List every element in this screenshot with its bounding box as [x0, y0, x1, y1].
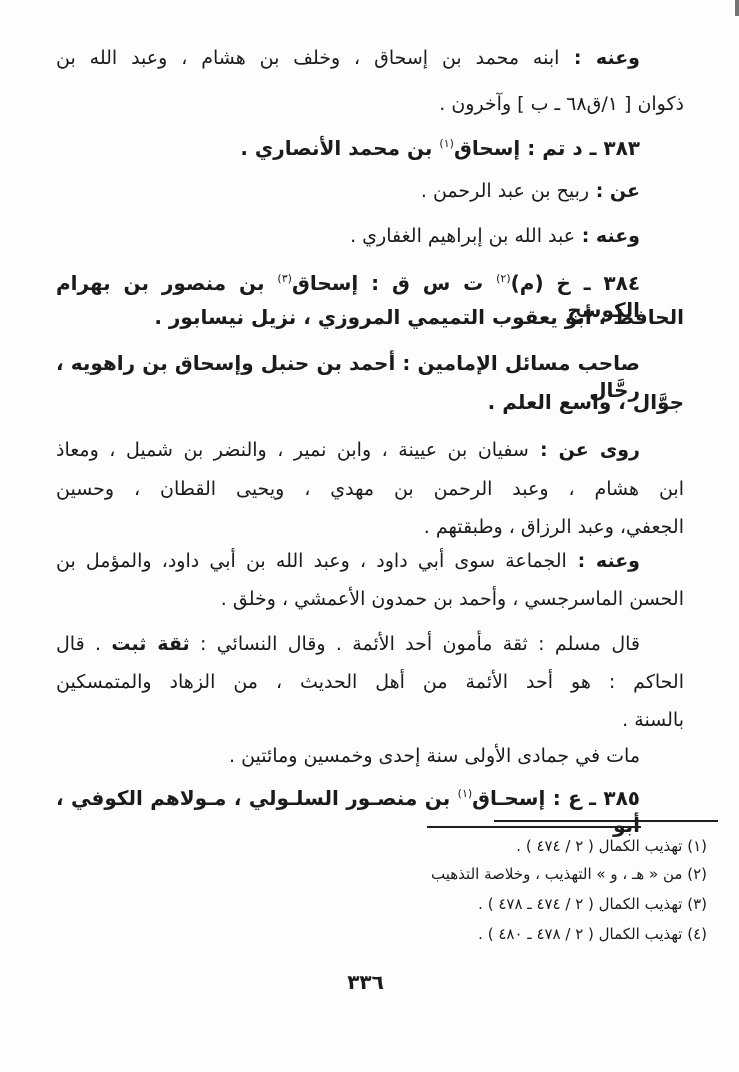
text-line: وعنه : عبد الله بن إبراهيم الغفاري .: [56, 223, 684, 250]
footnote-marker: (٣): [277, 272, 292, 285]
text-line: عن : ربيح بن عبد الرحمن .: [56, 178, 684, 205]
footnote-marker: (٢): [496, 272, 511, 285]
text-line: روى عن : سفيان بن عيينة ، وابن نمير ، وا…: [56, 437, 684, 464]
text-line: قال مسلم : ثقة مأمون أحد الأئمة . وقال ا…: [56, 631, 684, 658]
entry-heading-line: ٣٨٥ ـ ع : إسحـاق(١) بن منصـور السلـولي ،…: [56, 780, 684, 839]
footnote-separator-shadow: [427, 826, 641, 828]
text-line: وعنه : ابنه محمد بن إسحاق ، وخلف بن هشام…: [56, 45, 684, 72]
footnote-separator: [494, 820, 718, 822]
text-line: الجعفي، وعبد الرزاق ، وطبقتهم .: [56, 514, 684, 541]
footnote-marker: (١): [439, 137, 454, 150]
footnote-line: (١) تهذيب الكمال ( ٢ / ٤٧٤ ) .: [90, 836, 707, 857]
text-line: مات في جمادى الأولى سنة إحدى وخمسين ومائ…: [56, 743, 684, 770]
entry-heading-line: الحافظ ، أبو يعقوب التميمي المروزي ، نزي…: [56, 304, 684, 331]
text-line: ذكوان [ ١/ق٦٨ ـ ب ] وآخرون .: [56, 91, 684, 118]
scan-artifact-corner: [735, 0, 739, 16]
text-line: الحاكم : هو أحد الأئمة من أهل الحديث ، م…: [56, 669, 684, 696]
footnote-line: (٣) تهذيب الكمال ( ٢ / ٤٧٤ ـ ٤٧٨ ) .: [90, 894, 707, 915]
text-line: وعنه : الجماعة سوى أبي داود ، وعبد الله …: [56, 548, 684, 575]
entry-heading-line: جوَّال ، واسع العلم .: [56, 389, 684, 416]
text-line: ابن هشام ، وعبد الرحمن بن مهدي ، ويحيى ا…: [56, 476, 684, 503]
footnote-marker: (١): [458, 787, 473, 800]
entry-heading-line: ٣٨٣ ـ د تم : إسحاق(١) بن محمد الأنصاري .: [56, 130, 684, 162]
scanned-book-page: وعنه : ابنه محمد بن إسحاق ، وخلف بن هشام…: [0, 0, 739, 1072]
page-number: ٣٣٦: [0, 970, 731, 994]
text-line: بالسنة .: [56, 707, 684, 734]
footnote-line: (٤) تهذيب الكمال ( ٢ / ٤٧٨ ـ ٤٨٠ ) .: [90, 924, 707, 945]
footnote-line: (٢) من « هـ ، و » التهذيب ، وخلاصة التذه…: [90, 864, 707, 885]
text-line: الحسن الماسرجسي ، وأحمد بن حمدون الأعمشي…: [56, 586, 684, 613]
